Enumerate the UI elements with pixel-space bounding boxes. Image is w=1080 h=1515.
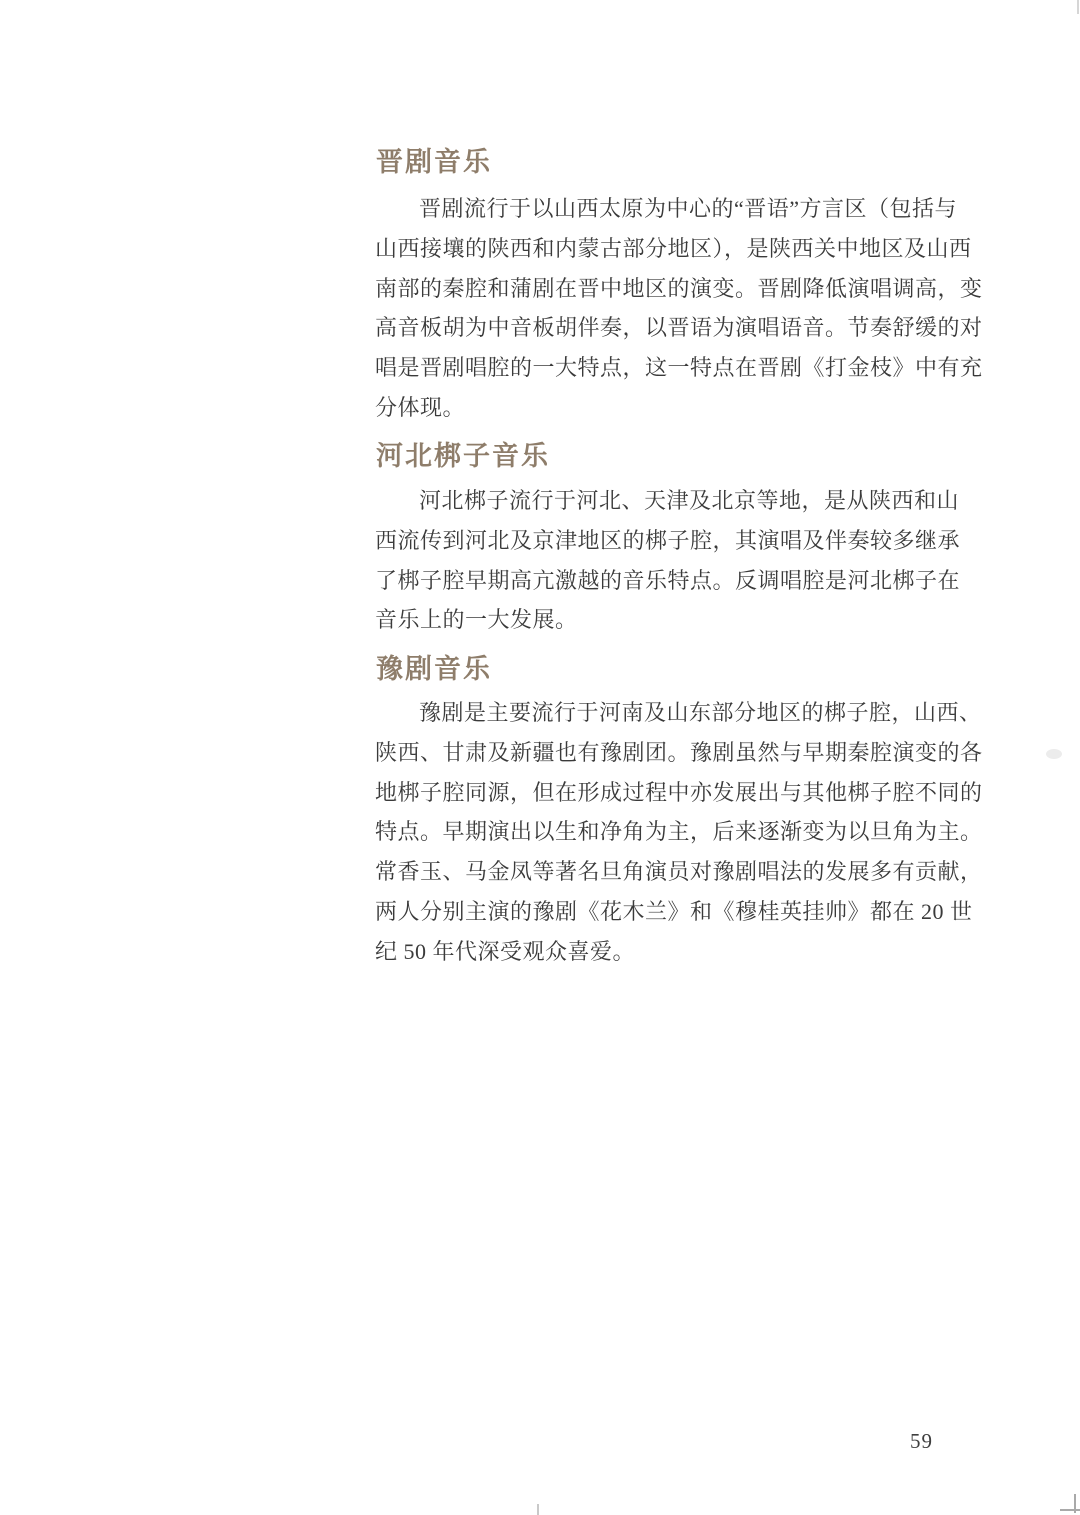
document-page: 晋剧音乐 晋剧流行于以山西太原为中心的“晋语”方言区（包括与山西接壤的陕西和内蒙… — [0, 0, 1080, 1515]
text-line: 了梆子腔早期高亢激越的音乐特点。反调唱腔是河北梆子在 — [375, 561, 950, 601]
scan-artifact-right-smudge — [1046, 749, 1062, 759]
text-line: 特点。早期演出以生和净角为主，后来逐渐变为以旦角为主。 — [375, 812, 950, 852]
scan-artifact-bottom-tick — [537, 1504, 539, 1515]
text-line: 陕西、甘肃及新疆也有豫剧团。豫剧虽然与早期秦腔演变的各 — [375, 733, 950, 773]
text-line: 分体现。 — [375, 388, 950, 428]
text-line: 纪 50 年代深受观众喜爱。 — [375, 932, 950, 972]
text-line: 音乐上的一大发展。 — [375, 600, 950, 640]
crop-mark-horizontal — [1060, 1509, 1080, 1511]
section-heading-hebei-bangzi: 河北梆子音乐 — [376, 439, 550, 473]
text-line: 南部的秦腔和蒲剧在晋中地区的演变。晋剧降低演唱调高，变 — [375, 269, 950, 309]
text-line: 豫剧是主要流行于河南及山东部分地区的梆子腔，山西、 — [375, 693, 950, 733]
text-line: 山西接壤的陕西和内蒙古部分地区），是陕西关中地区及山西 — [375, 229, 950, 269]
text-line: 晋剧流行于以山西太原为中心的“晋语”方言区（包括与 — [375, 189, 950, 229]
text-line: 两人分别主演的豫剧《花木兰》和《穆桂英挂帅》都在 20 世 — [375, 892, 950, 932]
section-paragraph-hebei-bangzi: 河北梆子流行于河北、天津及北京等地，是从陕西和山西流传到河北及京津地区的梆子腔，… — [375, 481, 950, 640]
section-paragraph-jinju: 晋剧流行于以山西太原为中心的“晋语”方言区（包括与山西接壤的陕西和内蒙古部分地区… — [375, 189, 950, 428]
text-line: 常香玉、马金凤等著名旦角演员对豫剧唱法的发展多有贡献， — [375, 852, 950, 892]
text-line: 高音板胡为中音板胡伴奏，以晋语为演唱语音。节奏舒缓的对 — [375, 308, 950, 348]
text-line: 地梆子腔同源，但在形成过程中亦发展出与其他梆子腔不同的 — [375, 773, 950, 813]
text-line: 河北梆子流行于河北、天津及北京等地，是从陕西和山 — [375, 481, 950, 521]
scan-artifact-top-right-tick — [1077, 0, 1079, 14]
section-paragraph-yuju: 豫剧是主要流行于河南及山东部分地区的梆子腔，山西、陕西、甘肃及新疆也有豫剧团。豫… — [375, 693, 950, 972]
page-number: 59 — [910, 1429, 933, 1454]
section-heading-yuju: 豫剧音乐 — [376, 652, 492, 686]
text-line: 唱是晋剧唱腔的一大特点，这一特点在晋剧《打金枝》中有充 — [375, 348, 950, 388]
section-heading-jinju: 晋剧音乐 — [376, 145, 492, 179]
text-line: 西流传到河北及京津地区的梆子腔，其演唱及伴奏较多继承 — [375, 521, 950, 561]
